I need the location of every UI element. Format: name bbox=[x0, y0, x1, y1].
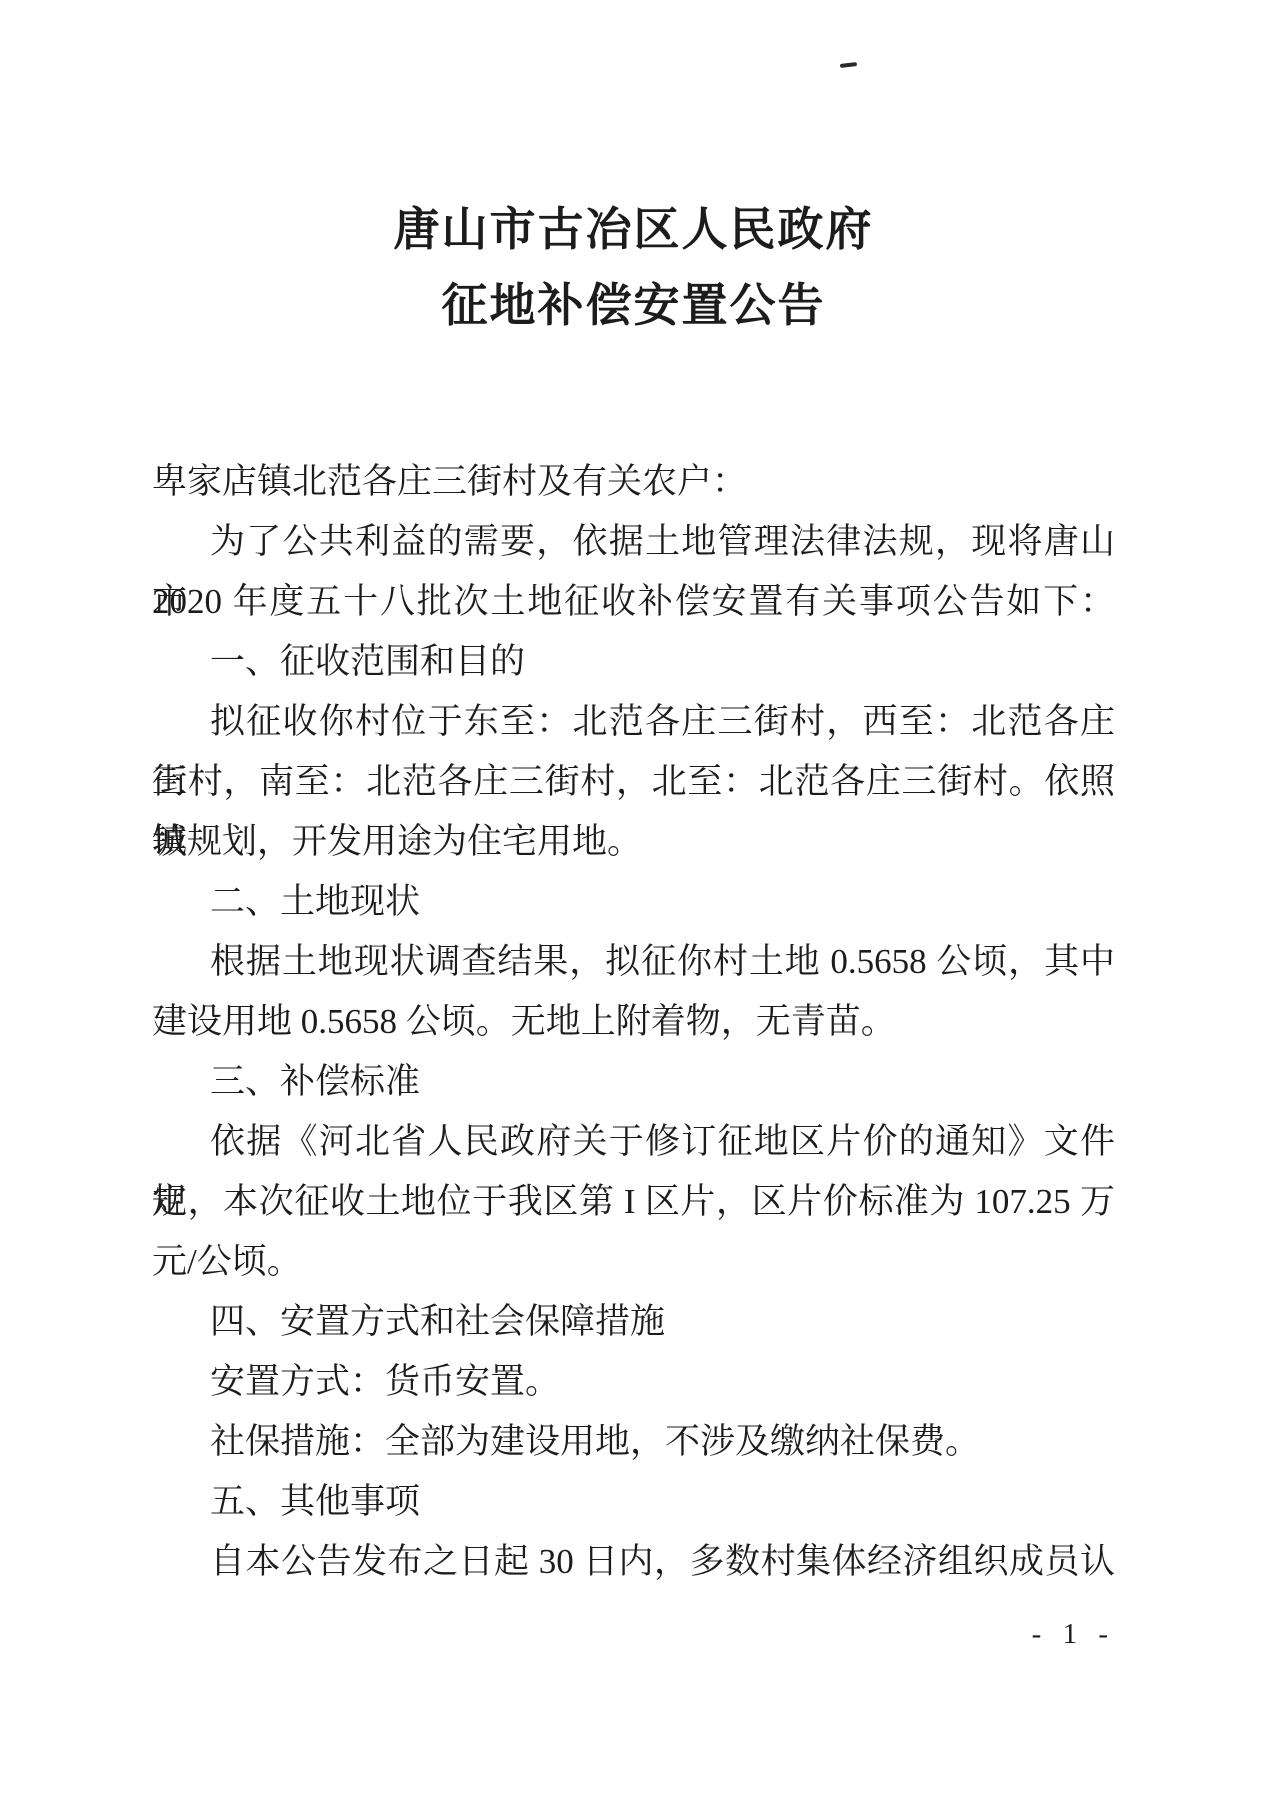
document-title: 唐山市古冶区人民政府 征地补偿安置公告 bbox=[152, 192, 1115, 344]
page-footer: - 1 - bbox=[152, 1618, 1115, 1650]
body-line: 元/公顷。 bbox=[152, 1232, 1115, 1292]
body-line: 社保措施：全部为建设用地，不涉及缴纳社保费。 bbox=[152, 1412, 1115, 1472]
body-line: 2020 年度五十八批次土地征收补偿安置有关事项公告如下： bbox=[152, 572, 1115, 632]
body-line: 拟征收你村位于东至：北范各庄三街村，西至：北范各庄三 bbox=[152, 692, 1115, 752]
page-number: - 1 - bbox=[1032, 1618, 1115, 1650]
body-line: 安置方式：货币安置。 bbox=[152, 1352, 1115, 1412]
body-line: 镇规划，开发用途为住宅用地。 bbox=[152, 812, 1115, 872]
section-4-heading: 四、安置方式和社会保障措施 bbox=[152, 1292, 1115, 1352]
section-5-heading: 五、其他事项 bbox=[152, 1472, 1115, 1532]
document-title-line-1: 唐山市古冶区人民政府 bbox=[152, 192, 1115, 268]
document-content: 唐山市古冶区人民政府 征地补偿安置公告 卑家店镇北范各庄三街村及有关农户： 为了… bbox=[152, 0, 1115, 1650]
document-title-line-2: 征地补偿安置公告 bbox=[152, 268, 1115, 344]
body-line: 街村，南至：北范各庄三街村，北至：北范各庄三街村。依照城 bbox=[152, 752, 1115, 812]
salutation-line: 卑家店镇北范各庄三街村及有关农户： bbox=[152, 452, 1115, 512]
section-2-heading: 二、土地现状 bbox=[152, 872, 1115, 932]
body-line: 根据土地现状调查结果，拟征你村土地 0.5658 公顷，其中 bbox=[152, 932, 1115, 992]
scanned-document-page: 唐山市古冶区人民政府 征地补偿安置公告 卑家店镇北范各庄三街村及有关农户： 为了… bbox=[0, 0, 1280, 1798]
section-3-heading: 三、补偿标准 bbox=[152, 1052, 1115, 1112]
document-body: 卑家店镇北范各庄三街村及有关农户： 为了公共利益的需要，依据土地管理法律法规，现… bbox=[152, 452, 1115, 1592]
body-line: 建设用地 0.5658 公顷。无地上附着物，无青苗。 bbox=[152, 992, 1115, 1052]
body-line: 依据《河北省人民政府关于修订征地区片价的通知》文件规 bbox=[152, 1112, 1115, 1172]
section-1-heading: 一、征收范围和目的 bbox=[152, 632, 1115, 692]
body-line: 为了公共利益的需要，依据土地管理法律法规，现将唐山市 bbox=[152, 512, 1115, 572]
body-line: 自本公告发布之日起 30 日内，多数村集体经济组织成员认 bbox=[152, 1532, 1115, 1592]
body-line: 定，本次征收土地位于我区第 I 区片，区片价标准为 107.25 万 bbox=[152, 1172, 1115, 1232]
